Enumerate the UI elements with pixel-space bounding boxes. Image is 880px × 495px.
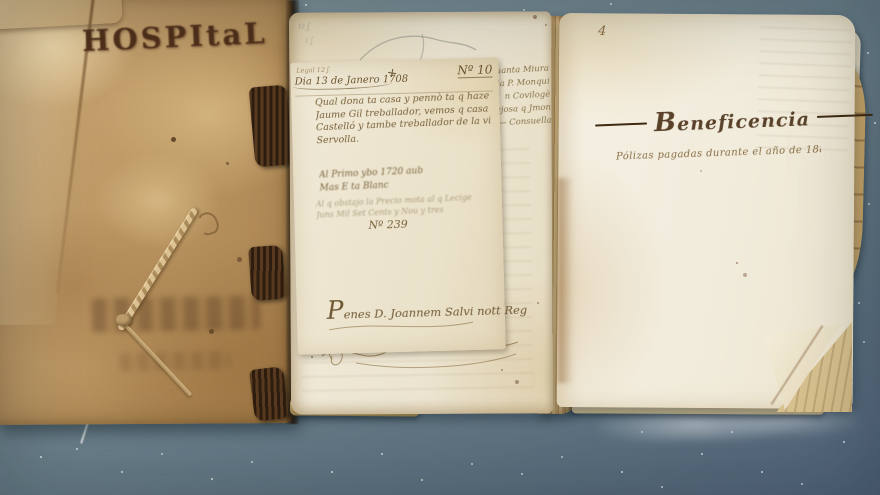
cover-flap-highlight (0, 0, 93, 325)
right-ink-spots (0, 0, 2, 2)
title-rule-left (595, 122, 647, 126)
date-underline-flourish (293, 78, 393, 91)
cross-mark: + (385, 65, 398, 81)
inserted-receipt-sheet: Legal 12 ʃ Dia 13 de Janero 1708 + Nº 10… (290, 57, 506, 354)
exposed-quire-middle (248, 245, 286, 301)
exposed-quire-bottom (249, 366, 289, 422)
right-ink-bleedthrough (756, 26, 852, 159)
right-edge-stain (558, 178, 573, 383)
amount-number: Nº 239 (368, 218, 408, 232)
vellum-tie-knot (116, 314, 132, 326)
document-title: Beneficencia (653, 102, 810, 138)
document-number: Nº 10 (457, 62, 493, 78)
notary-flourish-icon (325, 316, 477, 336)
faded-ink-band-small (120, 351, 230, 371)
faint-entry-lines: Al q obstajo la Precio mota al q Lecige … (316, 192, 493, 221)
archive-photo: HOSPItaL ℓℓ ʃ ℓ ʃ inquanta Miura auda P.… (0, 0, 880, 495)
docket-note: Legal 12 ʃ (296, 66, 329, 75)
exposed-quire-top (249, 84, 294, 167)
page-text-column: inquanta Miura auda P. Monquí n Covilogè… (495, 63, 554, 156)
folio-number: 4 (598, 24, 607, 39)
body-paragraph: Qual dona ta casa y pennò ta q haze per … (315, 90, 493, 147)
page-line: Consuella — (497, 115, 552, 131)
entry-lines: Al Primo ybo 1720 aub Mas E ta Blanc (319, 162, 490, 195)
pencil-mark-1: ℓℓ ʃ (298, 22, 309, 31)
pencil-mark-2: ℓ ʃ (305, 36, 313, 45)
corner-fold (760, 316, 854, 414)
